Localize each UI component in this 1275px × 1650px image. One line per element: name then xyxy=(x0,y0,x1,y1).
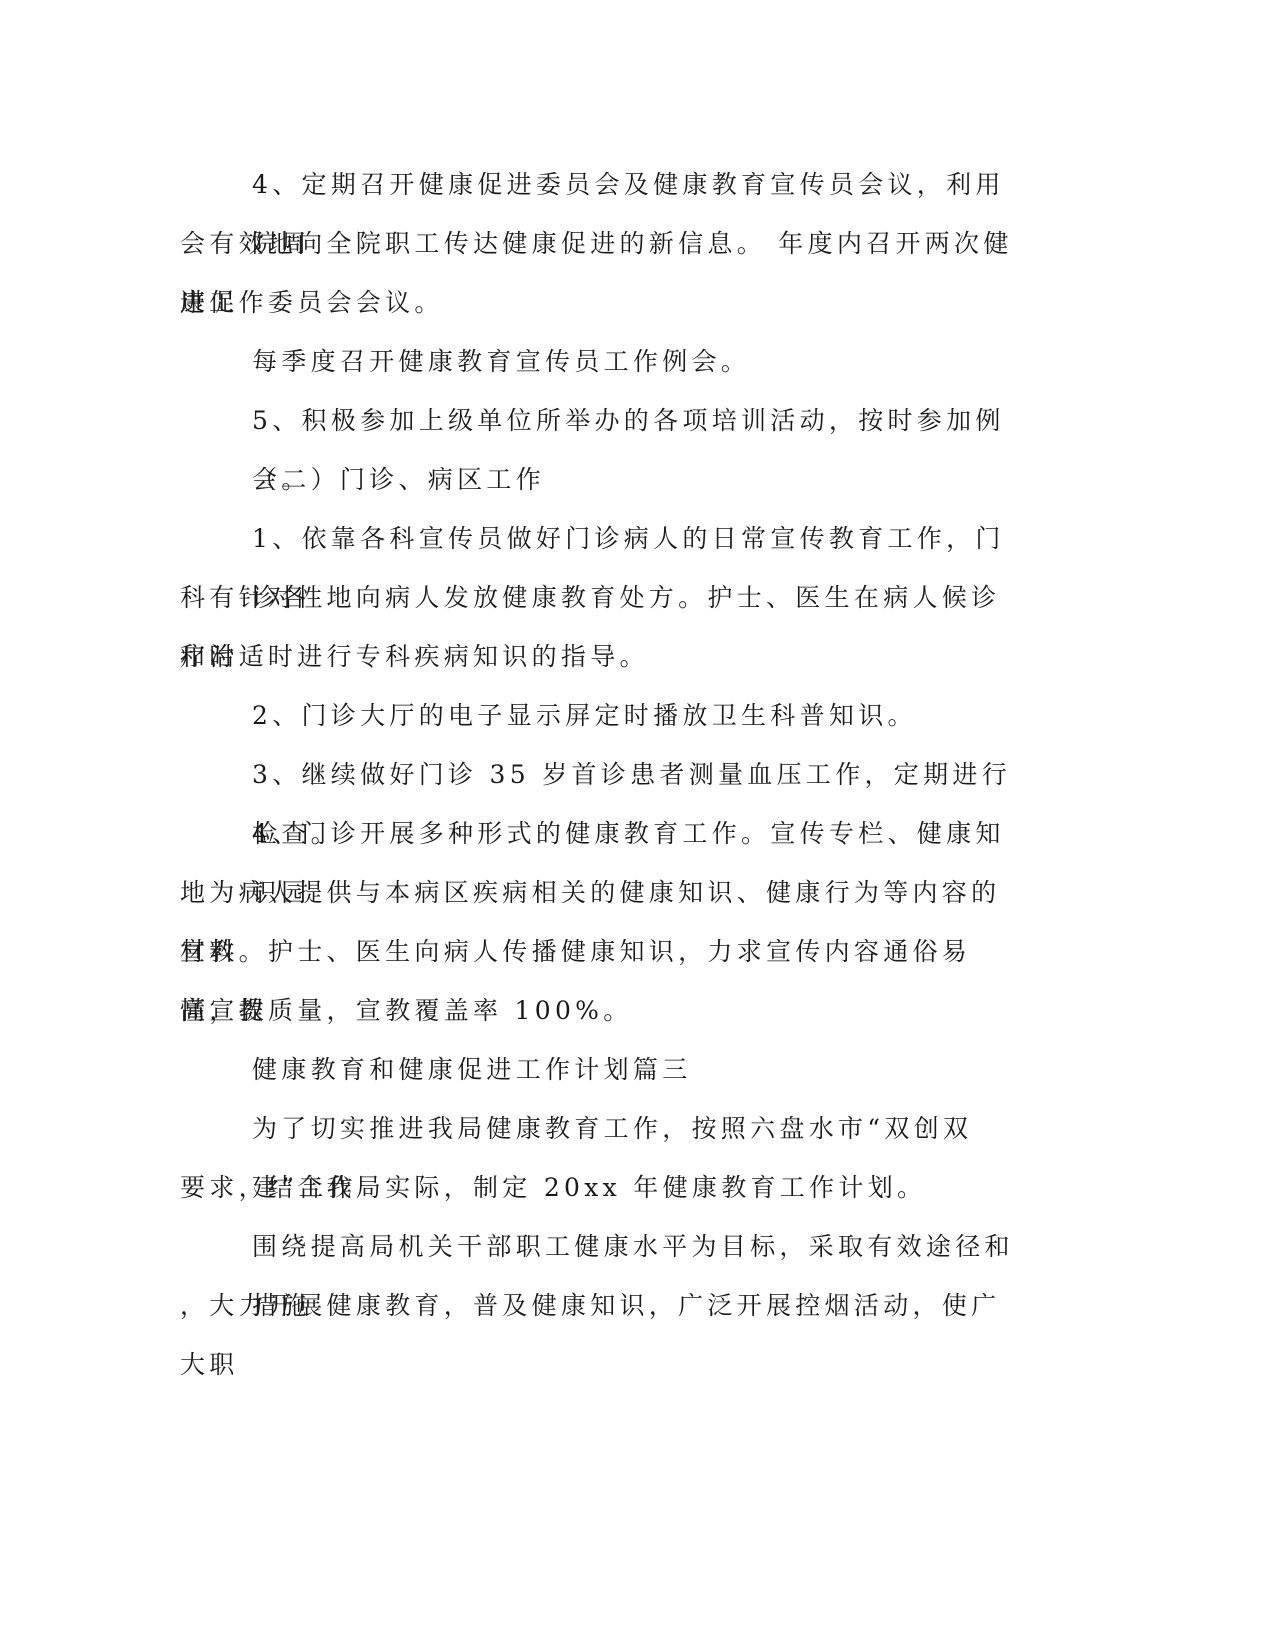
paragraph-line: 围绕提高局机关干部职工健康水平为目标，采取有效途径和措施 xyxy=(180,1217,1025,1276)
paragraph-line: 每季度召开健康教育宣传员工作例会。 xyxy=(180,332,1025,391)
paragraph-line: 会有效地向全院职工传达健康促进的新信息。 年度内召开两次健康促 xyxy=(180,214,1025,273)
paragraph-line: 进工作委员会会议。 xyxy=(180,273,1025,332)
paragraph-line: ，大力开展健康教育，普及健康知识，广泛开展控烟活动，使广大职 xyxy=(180,1276,1025,1335)
paragraph-line: 5、积极参加上级单位所举办的各项培训活动，按时参加例会。 xyxy=(180,391,1025,450)
paragraph-line: 要求，结合我局实际，制定 20xx 年健康教育工作计划。 xyxy=(180,1158,1025,1217)
paragraph-line: 4、定期召开健康促进委员会及健康教育宣传员会议，利用院周 xyxy=(180,155,1025,214)
paragraph-line: 科有针对性地向病人发放健康教育处方。护士、医生在病人候诊和治 xyxy=(180,568,1025,627)
document-page: 4、定期召开健康促进委员会及健康教育宣传员会议，利用院周 会有效地向全院职工传达… xyxy=(180,155,1025,1335)
paragraph-line: 高宣教质量，宣教覆盖率 100%。 xyxy=(180,981,1025,1040)
paragraph-line: 2、门诊大厅的电子显示屏定时播放卫生科普知识。 xyxy=(180,686,1025,745)
section-heading: （二）门诊、病区工作 xyxy=(180,450,1025,509)
paragraph-line: 为了切实推进我局健康教育工作，按照六盘水市“双创双建”工作 xyxy=(180,1099,1025,1158)
paragraph-line: 地为病人提供与本病区疾病相关的健康知识、健康行为等内容的宣教 xyxy=(180,863,1025,922)
paragraph-line: 1、依靠各科宣传员做好门诊病人的日常宣传教育工作，门诊各 xyxy=(180,509,1025,568)
paragraph-line: 材料。护士、医生向病人传播健康知识，力求宣传内容通俗易懂，提 xyxy=(180,922,1025,981)
paragraph-line: 4、门诊开展多种形式的健康教育工作。宣传专栏、健康知识园 xyxy=(180,804,1025,863)
paragraph-line: 3、继续做好门诊 35 岁首诊患者测量血压工作，定期进行检查。 xyxy=(180,745,1025,804)
section-title: 健康教育和健康促进工作计划篇三 xyxy=(180,1040,1025,1099)
paragraph-line: 疗时适时进行专科疾病知识的指导。 xyxy=(180,627,1025,686)
